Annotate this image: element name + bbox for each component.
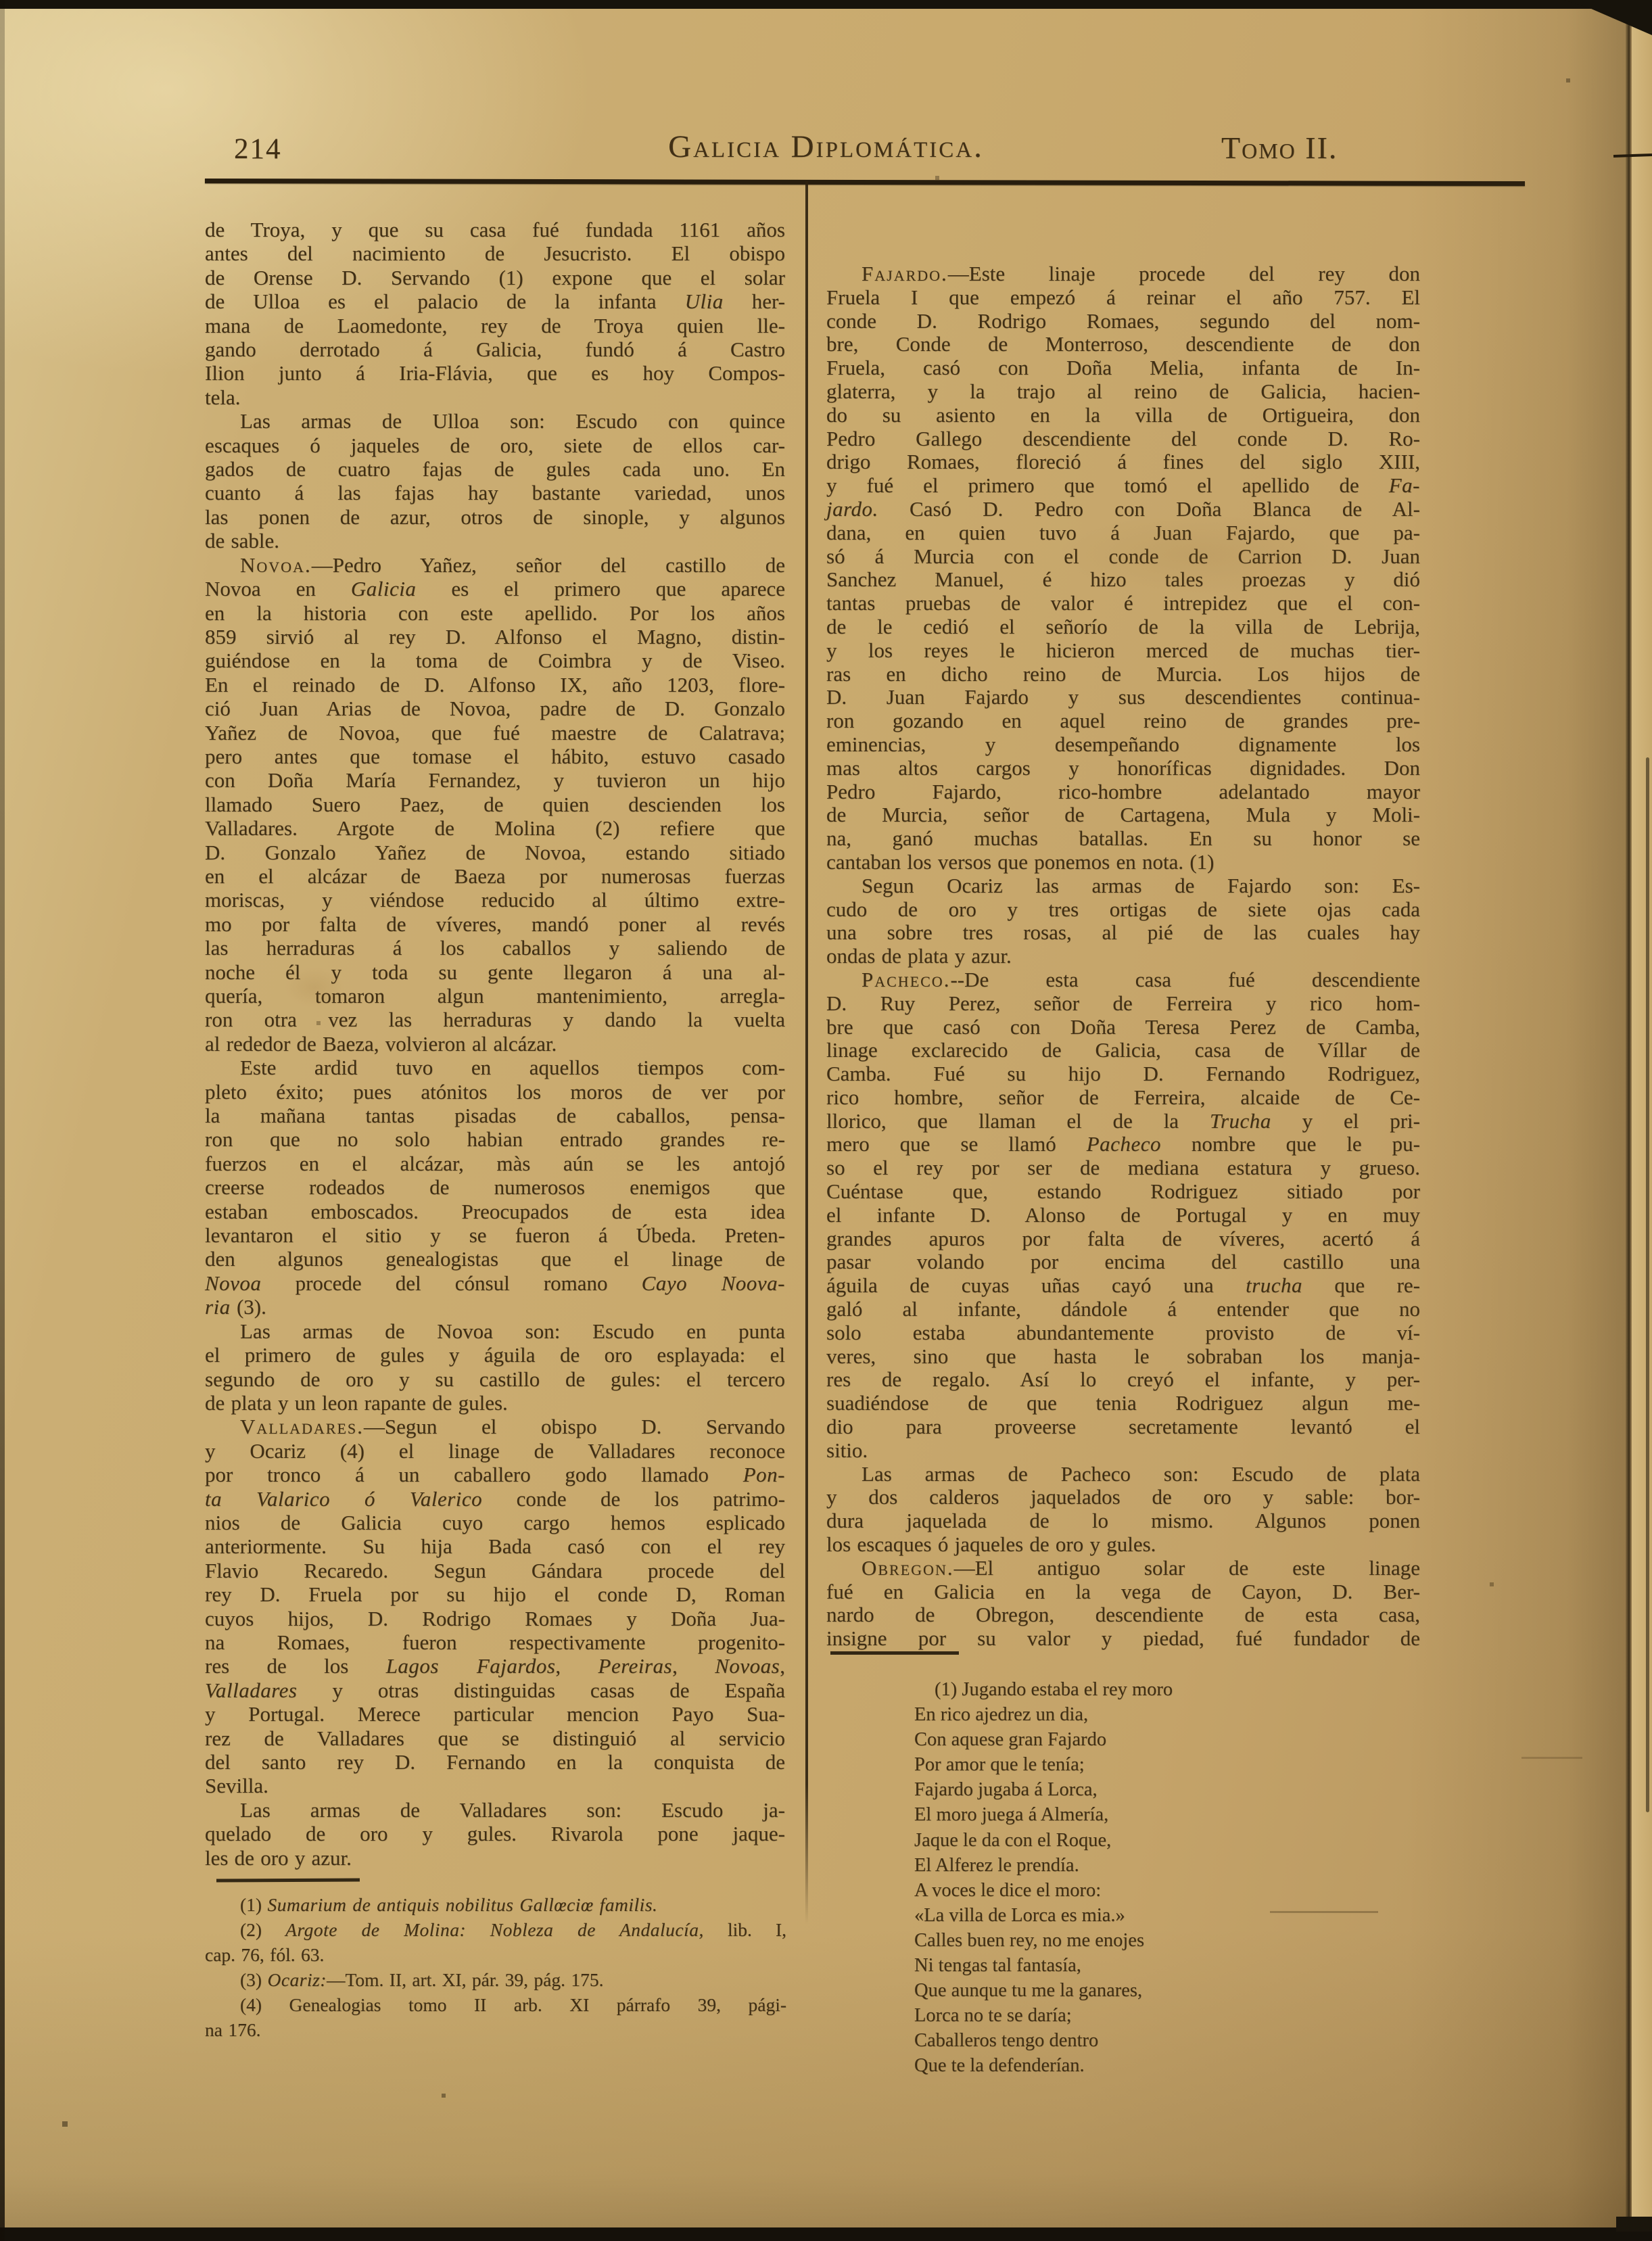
text-line: pasar volando por encima del castillo un… <box>826 1250 1420 1274</box>
text-line: suadiéndose de que tenia Rodriguez algun… <box>826 1392 1420 1415</box>
page-fold-shadow <box>1407 0 1630 2241</box>
text-line: les de oro y azur. <box>205 1846 785 1870</box>
text-line: levantaron el sitio y se fueron á Úbeda.… <box>205 1223 785 1247</box>
text-line: anteriormente. Su hija Bada casó con el … <box>205 1534 785 1558</box>
text-line: Flavio Recaredo. Segun Gándara procede d… <box>205 1559 785 1582</box>
text-line: mas altos cargos y honoríficas dignidade… <box>826 757 1420 780</box>
scan-edge-bottom <box>0 2227 1652 2241</box>
text-line: Segun Ocariz las armas de Fajardo son: E… <box>826 874 1420 898</box>
text-line: águila de cuyas uñas cayó una trucha que… <box>826 1274 1420 1298</box>
text-line: eminencias, y desempeñando dignamente lo… <box>826 733 1420 757</box>
text-line: Valladares.—Segun el obispo D. Servando <box>205 1415 785 1438</box>
text-line: na Romaes, fueron respectivamente progen… <box>205 1630 785 1654</box>
text-line: de Murcia, señor de Cartagena, Mula y Mo… <box>826 803 1420 827</box>
text-line: dio para proveerse secretamente levantó … <box>826 1415 1420 1439</box>
text-line: na, ganó muchas batallas. En su honor se <box>826 827 1420 851</box>
text-line: sitio. <box>826 1439 1420 1463</box>
text-line: fuerzos en el alcázar, màs aún se les an… <box>205 1152 785 1175</box>
text-line: quelado de oro y gules. Rivarola pone ja… <box>205 1822 785 1845</box>
text-line: ron gozando en aquel reino de grandes pr… <box>826 709 1420 733</box>
text-line: las ponen de azur, otros de sinople, y a… <box>205 505 785 529</box>
poem-line: Caballeros tengo dentro <box>914 2028 1401 2053</box>
text-line: cap. 76, fól. 63. <box>205 1942 786 1967</box>
text-line: insigne por su valor y piedad, fué funda… <box>826 1627 1420 1651</box>
text-line: Obregon.—El antiguo solar de este linage <box>826 1557 1420 1580</box>
text-line: (3) Ocariz:—Tom. II, art. XI, pár. 39, p… <box>205 1967 786 1992</box>
text-line: Novoa en Galicia es el primero que apare… <box>205 577 785 600</box>
paper-stain <box>284 967 345 1008</box>
right-footnote-rule <box>830 1651 959 1655</box>
text-line: mana de Laomedonte, rey de Troya quien l… <box>205 314 785 337</box>
text-line: solo estaba abundantemente provisto de v… <box>826 1321 1420 1345</box>
text-line: ció Juan Arias de Novoa, padre de D. Gon… <box>205 697 785 720</box>
journal-title: Galicia Diplomática. <box>0 128 1652 165</box>
text-line: Las armas de Pacheco son: Escudo de plat… <box>826 1463 1420 1486</box>
text-line: por tronco á un caballero godo llamado P… <box>205 1463 785 1486</box>
text-line: rico hombre, señor de Ferreira, alcaide … <box>826 1086 1420 1110</box>
text-line: segundo de oro y su castillo de gules: e… <box>205 1367 785 1391</box>
poem-line: El Alferez le prendía. <box>914 1853 1401 1878</box>
text-line: Sevilla. <box>205 1774 785 1797</box>
text-line: D. Gonzalo Yañez de Novoa, estando sitia… <box>205 841 785 864</box>
text-line: (1) Sumarium de antiquis nobilitus Gallœ… <box>205 1892 786 1917</box>
scan-edge-bottom-right <box>1616 2217 1652 2232</box>
text-line: cudo de oro y tres ortigas de siete ojas… <box>826 898 1420 922</box>
text-line: Pacheco.--De esta casa fué descendiente <box>826 968 1420 992</box>
column-divider-rule <box>805 181 808 1924</box>
text-line: las herraduras á los caballos y saliendo… <box>205 936 785 960</box>
paper-specks <box>0 0 1 1</box>
text-line: glaterra, y la trajo al reino de Galicia… <box>826 380 1420 404</box>
text-line: ria (3). <box>205 1295 785 1319</box>
poem-line: Que aunque tu me la ganares, <box>914 1978 1401 2003</box>
text-line: Pedro Gallego descendiente del conde D. … <box>826 427 1420 451</box>
text-line: Valladares. Argote de Molina (2) refiere… <box>205 816 785 840</box>
text-line: Pedro Fajardo, rico-hombre adelantado ma… <box>826 780 1420 804</box>
paper-stain <box>1055 514 1339 595</box>
footnote-poem: (1) Jugando estaba el rey moroEn rico aj… <box>914 1677 1401 2079</box>
text-line: pleto éxito; pues atónitos los moros de … <box>205 1080 785 1104</box>
text-line: de Orense D. Servando (1) expone que el … <box>205 266 785 289</box>
text-line: creerse rodeados de numerosos enemigos q… <box>205 1175 785 1199</box>
text-line: gados de cuatro fajas de gules cada uno.… <box>205 457 785 481</box>
text-line: de sable. <box>205 529 785 552</box>
poem-line: El moro juega á Almería, <box>914 1802 1401 1827</box>
text-line: llorico, que llaman el de la Trucha y el… <box>826 1110 1420 1133</box>
text-line: res de los Lagos Fajardos, Pereiras, Nov… <box>205 1654 785 1678</box>
poem-line: A voces le dice el moro: <box>914 1878 1401 1903</box>
scan-edge-top <box>0 0 1652 9</box>
text-line: drigo Romaes, floreció á fines del siglo… <box>826 450 1420 474</box>
text-line: los escaques ó jaqueles de oro y gules. <box>826 1533 1420 1557</box>
poem-line: Con aquese gran Fajardo <box>914 1727 1401 1752</box>
text-line: do su asiento en la villa de Ortigueira,… <box>826 404 1420 427</box>
text-line: Fajardo.—Este linaje procede del rey don <box>826 262 1420 286</box>
scratch-mark <box>1521 1757 1582 1759</box>
text-line: fué en Galicia en la vega de Cayon, D. B… <box>826 1580 1420 1604</box>
binding-crease-line <box>1626 14 1632 2232</box>
text-line: Cuéntase que, estando Rodriguez sitiado … <box>826 1180 1420 1204</box>
poem-line: Calles buen rey, no me enojes <box>914 1928 1401 1953</box>
poem-line: (1) Jugando estaba el rey moro <box>914 1677 1401 1702</box>
poem-line: Jaque le da con el Roque, <box>914 1828 1401 1853</box>
text-line: y Ocariz (4) el linage de Valladares rec… <box>205 1439 785 1463</box>
text-line: estaban emboscados. Preocupados de esta … <box>205 1200 785 1223</box>
text-line: de le cedió el señorío de la villa de Le… <box>826 615 1420 639</box>
text-line: den algunos genealogistas que el linage … <box>205 1247 785 1271</box>
text-line: Camba. Fué su hijo D. Fernando Rodriguez… <box>826 1062 1420 1086</box>
header-rule <box>205 179 1525 186</box>
text-line: linage exclarecido de Galicia, casa de V… <box>826 1039 1420 1062</box>
left-column: de Troya, y que su casa fué fundada 1161… <box>205 218 785 1870</box>
text-line: ras en dicho reino de Murcia. Los hijos … <box>826 663 1420 686</box>
text-line: en el alcázar de Baeza por numerosas fue… <box>205 864 785 888</box>
text-line: bre, Conde de Monterroso, descendiente d… <box>826 333 1420 356</box>
left-footnotes: (1) Sumarium de antiquis nobilitus Gallœ… <box>205 1892 786 2042</box>
text-line: na 176. <box>205 2017 786 2042</box>
text-line: del santo rey D. Fernando en la conquist… <box>205 1750 785 1774</box>
text-line: grandes apuros por falta de víveres, ace… <box>826 1227 1420 1251</box>
text-line: de Ulloa es el palacio de la infanta Uli… <box>205 289 785 313</box>
text-line: D. Ruy Perez, señor de Ferreira y rico h… <box>826 992 1420 1016</box>
poem-line: En rico ajedrez un dia, <box>914 1702 1401 1727</box>
text-line: el primero de gules y águila de oro espl… <box>205 1343 785 1367</box>
text-line: Novoa.—Pedro Yañez, señor del castillo d… <box>205 553 785 577</box>
text-line: galó al infante, dándole á entender que … <box>826 1298 1420 1321</box>
scan-edge-left <box>0 0 5 2241</box>
volume-label: Tomo II. <box>1221 130 1338 166</box>
poem-line: Ni tengas tal fantasía, <box>914 1953 1401 1978</box>
text-line: Este ardid tuvo en aquellos tiempos com- <box>205 1056 785 1079</box>
text-line: escaques ó jaqueles de oro, siete de ell… <box>205 433 785 457</box>
text-line: cuyos hijos, D. Rodrigo Romaes y Doña Ju… <box>205 1607 785 1630</box>
text-line: Las armas de Novoa son: Escudo en punta <box>205 1319 785 1343</box>
scratch-mark <box>1270 1911 1378 1913</box>
text-line: cantaban los versos que ponemos en nota.… <box>826 851 1420 874</box>
text-line: D. Juan Fajardo y sus descendientes cont… <box>826 686 1420 709</box>
poem-line: Lorca no te se daría; <box>914 2003 1401 2028</box>
text-line: (2) Argote de Molina: Nobleza de Andaluc… <box>205 1917 786 1942</box>
text-line: res de regalo. Así lo creyó el infante, … <box>826 1368 1420 1392</box>
text-line: tela. <box>205 385 785 409</box>
text-line: con Doña María Fernandez, y tuvieron un … <box>205 768 785 792</box>
text-line: Ilion junto á Iria-Flávia, que es hoy Co… <box>205 361 785 385</box>
text-line: una sobre tres rosas, al pié de las cual… <box>826 921 1420 945</box>
text-line: tantas pruebas de valor é intrepidez que… <box>826 592 1420 615</box>
text-line: Fruela, casó con Doña Melia, infanta de … <box>826 356 1420 380</box>
text-line: nios de Galicia cuyo cargo hemos esplica… <box>205 1511 785 1534</box>
text-line: nardo de Obregon, descendiente de esta c… <box>826 1603 1420 1627</box>
poem-line: Por amor que le tenía; <box>914 1752 1401 1777</box>
text-line: de Troya, y que su casa fué fundada 1161… <box>205 218 785 241</box>
right-edge-line <box>1646 757 1649 1812</box>
text-line: de plata y un leon rapante de gules. <box>205 1391 785 1415</box>
text-line: gando derrotado á Galicia, fundó á Castr… <box>205 337 785 361</box>
text-line: llamado Suero Paez, de quien descienden … <box>205 793 785 816</box>
text-line: y fué el primero que tomó el apellido de… <box>826 474 1420 498</box>
text-line: ta Valarico ó Valerico conde de los patr… <box>205 1487 785 1511</box>
text-line: En el reinado de D. Alfonso IX, año 1203… <box>205 673 785 697</box>
text-line: mo por falta de víveres, mandó poner al … <box>205 912 785 936</box>
text-line: rez de Valladares que se distinguió al s… <box>205 1726 785 1750</box>
text-line: so el rey por ser de mediana estatura y … <box>826 1156 1420 1180</box>
text-line: conde D. Rodrigo Romaes, segundo del nom… <box>826 310 1420 333</box>
text-line: guiéndose en la toma de Coimbra y de Vis… <box>205 648 785 672</box>
text-line: jardo. Casó D. Pedro con Doña Blanca de … <box>826 498 1420 521</box>
text-line: antes del nacimiento de Jesucristo. El o… <box>205 241 785 265</box>
text-line: Novoa procede del cónsul romano Cayo Noo… <box>205 1271 785 1295</box>
poem-line: Que te la defenderían. <box>914 2053 1401 2078</box>
text-line: bre que casó con Doña Teresa Perez de Ca… <box>826 1016 1420 1039</box>
text-line: mero que se llamó Pacheco nombre que le … <box>826 1133 1420 1156</box>
poem-line: «La villa de Lorca es mia.» <box>914 1903 1401 1928</box>
left-footnote-rule <box>216 1878 360 1882</box>
poem-line: Fajardo jugaba á Lorca, <box>914 1777 1401 1802</box>
text-line: y Portugal. Merece particular mencion Pa… <box>205 1702 785 1726</box>
text-line: el infante D. Alonso de Portugal y en mu… <box>826 1204 1420 1227</box>
text-line: dura jaquelada de lo mismo. Algunos pone… <box>826 1509 1420 1533</box>
text-line: en la historia con este apellido. Por lo… <box>205 601 785 625</box>
text-line: (4) Genealogias tomo II arb. XI párrafo … <box>205 1992 786 2017</box>
text-line: Las armas de Valladares son: Escudo ja- <box>205 1798 785 1822</box>
text-line: cuanto á las fajas hay bastante variedad… <box>205 481 785 504</box>
text-line: Fruela I que empezó á reinar el año 757.… <box>826 286 1420 310</box>
text-line: y dos calderos jaquelados de oro y sable… <box>826 1486 1420 1509</box>
text-line: ron otra vez las herraduras y dando la v… <box>205 1008 785 1031</box>
text-line: la mañana tantas pisadas de caballos, pe… <box>205 1104 785 1127</box>
text-line: Yañez de Novoa, que fué maestre de Calat… <box>205 721 785 745</box>
text-line: rey D. Fruela por su hijo el conde D, Ro… <box>205 1582 785 1606</box>
text-line: moriscas, y viéndose reducido al último … <box>205 888 785 912</box>
scanned-page: 214 Galicia Diplomática. Tomo II. de Tro… <box>0 0 1652 2241</box>
text-line: pero antes que tomase el hábito, estuvo … <box>205 745 785 768</box>
text-line: Las armas de Ulloa son: Escudo con quinc… <box>205 409 785 433</box>
text-line: veres, sino que hasta le sobraban los ma… <box>826 1345 1420 1369</box>
right-column: Fajardo.—Este linaje procede del rey don… <box>826 262 1420 1651</box>
text-line: ron que no solo habian entrado grandes r… <box>205 1127 785 1151</box>
text-line: ondas de plata y azur. <box>826 945 1420 968</box>
text-line: al rededor de Baeza, volvieron al alcáza… <box>205 1032 785 1056</box>
text-line: y los reyes le hicieron merced de muchas… <box>826 639 1420 663</box>
text-line: Valladares y otras distinguidas casas de… <box>205 1678 785 1702</box>
text-line: 859 sirvió al rey D. Alfonso el Magno, d… <box>205 625 785 648</box>
